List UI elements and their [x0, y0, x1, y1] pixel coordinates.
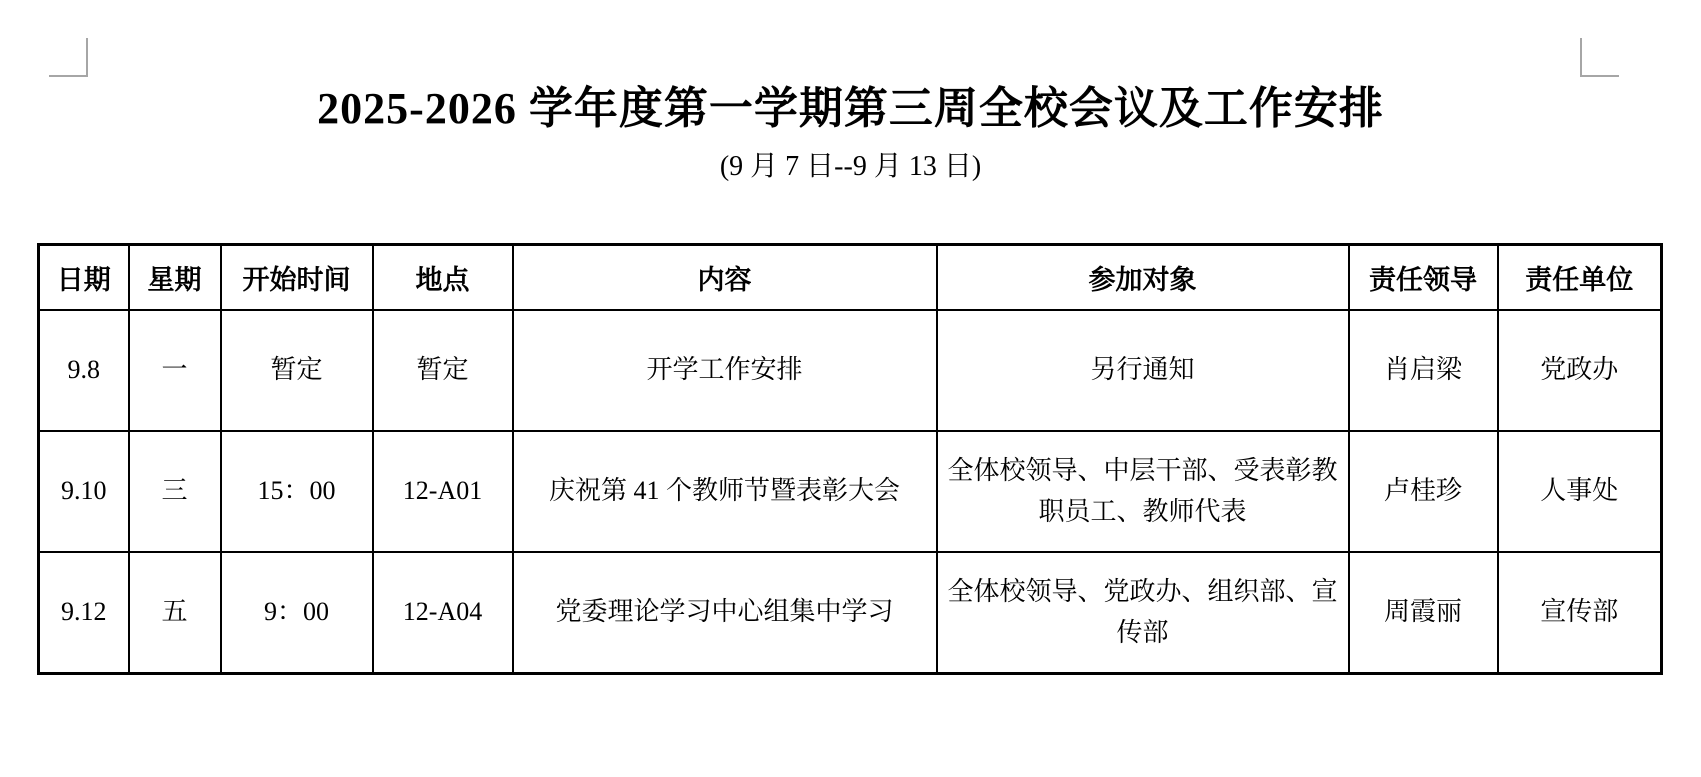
header-start-time: 开始时间: [221, 245, 373, 311]
header-weekday: 星期: [129, 245, 221, 311]
header-responsible-unit: 责任单位: [1498, 245, 1662, 311]
schedule-table: 日期 星期 开始时间 地点 内容 参加对象 责任领导 责任单位 9.8 一 暂定…: [37, 243, 1663, 675]
cell-participants: 全体校领导、中层干部、受表彰教职员工、教师代表: [937, 431, 1349, 552]
header-content: 内容: [513, 245, 937, 311]
cell-responsible-leader: 周霞丽: [1349, 552, 1498, 674]
header-responsible-leader: 责任领导: [1349, 245, 1498, 311]
cell-weekday: 一: [129, 310, 221, 431]
cell-location: 暂定: [373, 310, 513, 431]
table-row: 9.8 一 暂定 暂定 开学工作安排 另行通知 肖启梁 党政办: [39, 310, 1662, 431]
cell-responsible-unit: 人事处: [1498, 431, 1662, 552]
cell-responsible-leader: 卢桂珍: [1349, 431, 1498, 552]
header-participants: 参加对象: [937, 245, 1349, 311]
table-row: 9.10 三 15：00 12-A01 庆祝第 41 个教师节暨表彰大会 全体校…: [39, 431, 1662, 552]
header-row: 日期 星期 开始时间 地点 内容 参加对象 责任领导 责任单位: [39, 245, 1662, 311]
cell-location: 12-A01: [373, 431, 513, 552]
header-location: 地点: [373, 245, 513, 311]
cell-location: 12-A04: [373, 552, 513, 674]
cell-start-time: 9：00: [221, 552, 373, 674]
cell-content: 开学工作安排: [513, 310, 937, 431]
cell-participants: 另行通知: [937, 310, 1349, 431]
cell-responsible-unit: 宣传部: [1498, 552, 1662, 674]
document-page: 2025-2026 学年度第一学期第三周全校会议及工作安排 (9 月 7 日--…: [0, 0, 1701, 777]
cell-participants: 全体校领导、党政办、组织部、宣传部: [937, 552, 1349, 674]
cell-date: 9.10: [39, 431, 129, 552]
table-row: 9.12 五 9：00 12-A04 党委理论学习中心组集中学习 全体校领导、党…: [39, 552, 1662, 674]
cell-responsible-leader: 肖启梁: [1349, 310, 1498, 431]
cell-date: 9.12: [39, 552, 129, 674]
cell-start-time: 15：00: [221, 431, 373, 552]
cell-content: 党委理论学习中心组集中学习: [513, 552, 937, 674]
cell-start-time: 暂定: [221, 310, 373, 431]
document-title: 2025-2026 学年度第一学期第三周全校会议及工作安排: [0, 72, 1701, 136]
cell-weekday: 五: [129, 552, 221, 674]
cell-content: 庆祝第 41 个教师节暨表彰大会: [513, 431, 937, 552]
header-date: 日期: [39, 245, 129, 311]
document-subtitle: (9 月 7 日--9 月 13 日): [0, 144, 1701, 184]
cell-date: 9.8: [39, 310, 129, 431]
cell-responsible-unit: 党政办: [1498, 310, 1662, 431]
cell-weekday: 三: [129, 431, 221, 552]
